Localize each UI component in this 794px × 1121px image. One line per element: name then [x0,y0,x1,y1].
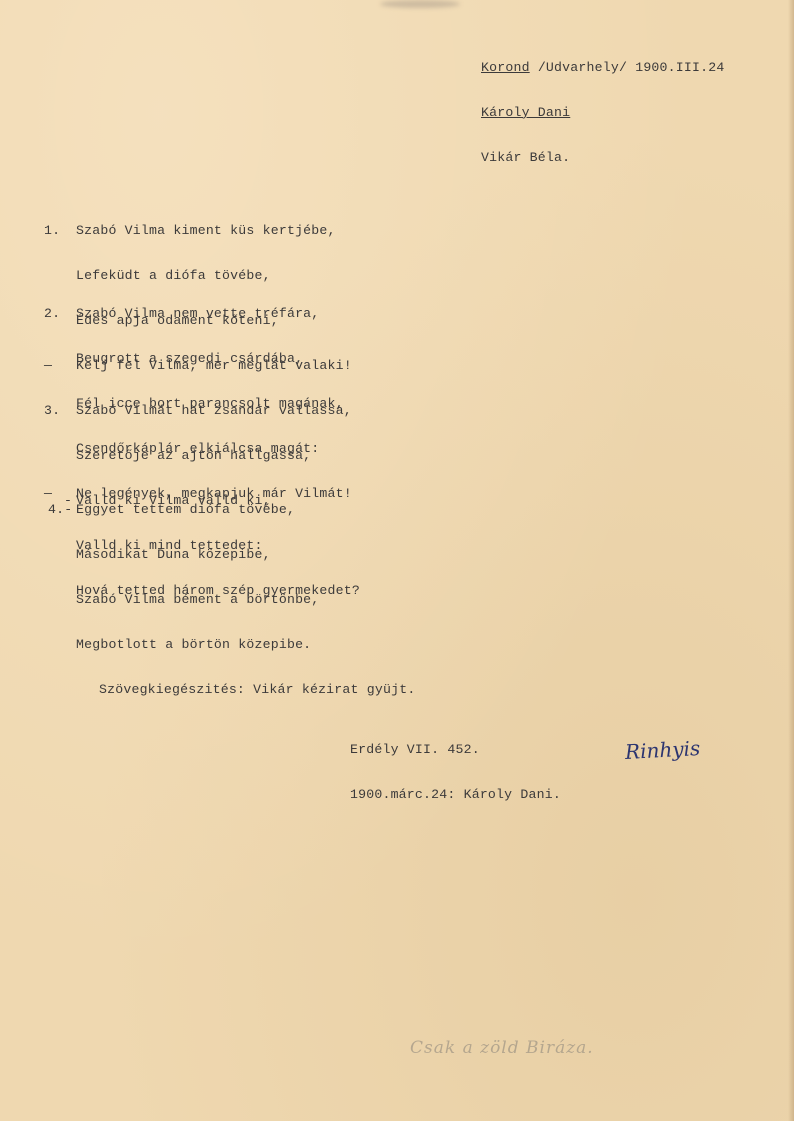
verse-line: Szabó Vilma kiment küs kertjébe, [76,223,336,238]
source-notes: Erdély VII. 452. 1900.márc.24: Károly Da… [350,712,561,832]
document-page: Korond /Udvarhely/ 1900.III.24 Károly Da… [0,0,794,1121]
verse-line: Másodikat Duna közepibe, [76,547,271,562]
stanza-4: 4.-Eggyet tettem diófa tövébe, Másodikat… [44,472,319,682]
stanza-number: 3. [44,403,60,418]
header-place: Korond [481,60,530,75]
stanza-number: 2. [44,306,60,321]
header-date: 1900.III.24 [635,60,724,75]
pencil-annotation: Csak a zöld Biráza. [410,1038,594,1058]
header-recorder: Vikár Béla. [481,150,570,165]
verse-line: Szeretője az ajtón hallgassa, [76,448,311,463]
header-region: /Udvarhely/ [538,60,627,75]
paper-edge [788,0,794,1121]
verse-line: Beugrott a szegedi csárdába, [76,351,303,366]
verse-line: Szabó Vilma nem vette tréfára, [76,306,319,321]
stanza-number: 4.- [48,502,72,517]
verse-line: Megbotlott a börtön közepibe. [76,637,311,652]
header-collector: Károly Dani [481,105,570,120]
verse-line: Eggyet tettem diófa tövébe, [76,502,295,517]
stanza-number: 1. [44,223,60,238]
text-completion-note: Szövegkiegészités: Vikár kézirat gyüjt. [99,682,415,697]
paper-smudge [380,0,460,8]
document-header: Korond /Udvarhely/ 1900.III.24 Károly Da… [481,30,724,195]
verse-line: Szabó Vilma bément a börtönbe, [76,592,319,607]
verse-line: Szabó Vilmát hat zsandár vallassa, [76,403,352,418]
handwritten-signature: Rinhyis [624,736,700,764]
source-reference: Erdély VII. 452. [350,742,561,757]
date-collector: 1900.márc.24: Károly Dani. [350,787,561,802]
